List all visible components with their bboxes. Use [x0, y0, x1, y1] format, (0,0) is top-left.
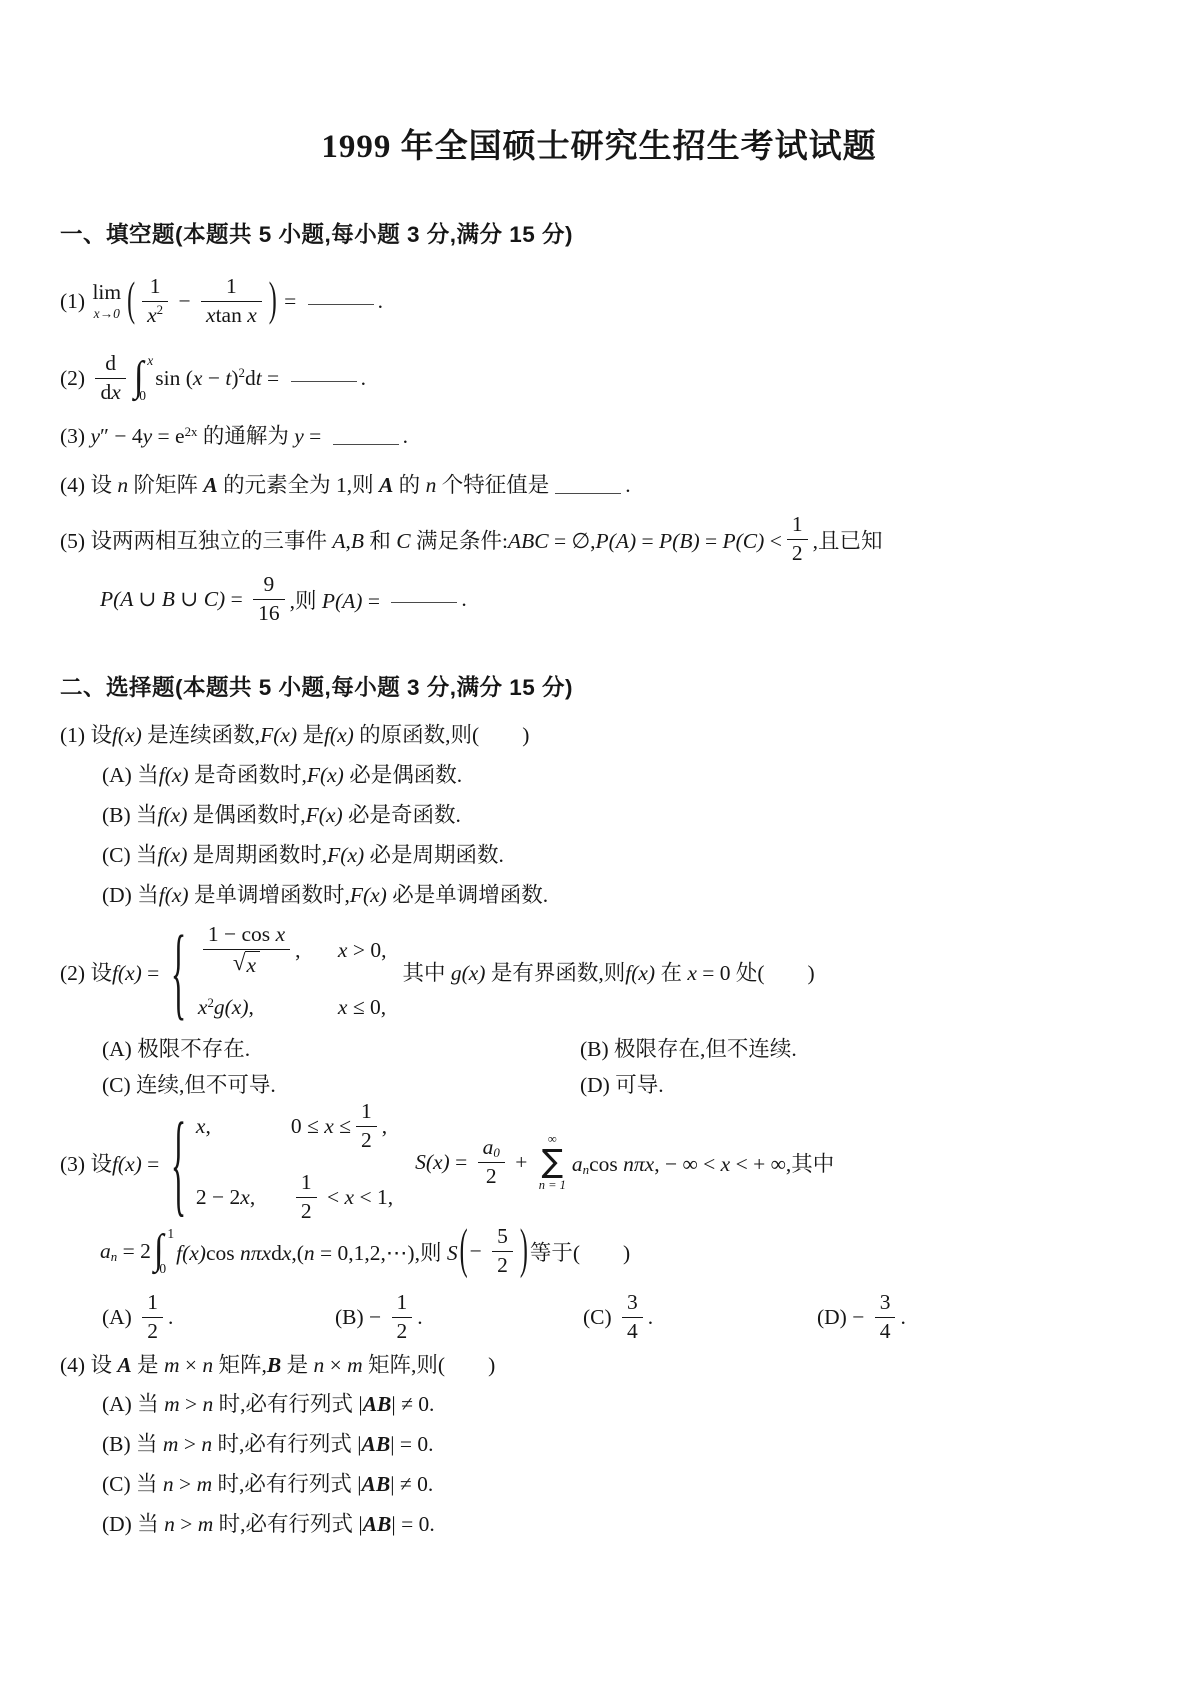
- text-segment: 必是周期函数.: [364, 843, 504, 867]
- case-row: 1 − cos x √x , x > 0,: [198, 922, 387, 979]
- choice-q4-option-d: (D) 当 n > m 时,必有行列式 |AB| = 0.: [102, 1507, 1138, 1541]
- numerator: a0: [478, 1135, 505, 1163]
- choice-question-1-stem: (1) 设f(x) 是连续函数,F(x) 是f(x) 的原函数,则( ): [60, 718, 1138, 752]
- text-segment: | = 0.: [390, 1432, 433, 1456]
- choice-q3-option-a: (A) 12 .: [102, 1290, 335, 1345]
- text-segment: x: [206, 303, 216, 327]
- text-segment: 和: [364, 529, 396, 553]
- text-segment: 是有界函数,则: [485, 961, 625, 985]
- equals-sign: =: [279, 289, 302, 314]
- text-segment: x: [193, 366, 203, 390]
- choice-q1-option-d: (D) 当f(x) 是单调增函数时,F(x) 必是单调增函数.: [102, 878, 1138, 912]
- text-segment: 是: [281, 1353, 313, 1377]
- text-segment: (5) 设两两相互独立的三事件: [60, 529, 332, 553]
- text-segment: | ≠ 0.: [391, 1392, 434, 1416]
- text-segment: (4) 设: [60, 1353, 117, 1377]
- text-segment: =: [362, 589, 385, 613]
- text-segment: 的: [393, 473, 425, 497]
- fraction: 5 2: [492, 1224, 513, 1279]
- text-segment: m: [347, 1353, 363, 1377]
- choice-question-2-stem: (2) 设f(x) = { 1 − cos x √x , x > 0, x2g(…: [60, 918, 1138, 1024]
- text-segment: ≤: [334, 1114, 351, 1138]
- text-segment: 2: [238, 366, 244, 380]
- period: .: [900, 1305, 905, 1330]
- text-segment: (3): [60, 424, 90, 448]
- period: .: [403, 424, 408, 448]
- choice-q2-option-d: (D) 可导.: [580, 1068, 664, 1102]
- text-segment: (4) 设: [60, 473, 117, 497]
- case-condition: x > 0,: [338, 938, 387, 963]
- denominator: √x: [203, 950, 290, 979]
- text-segment: (A) 当: [102, 763, 159, 787]
- question-text: 其中 g(x) 是有界函数,则f(x) 在 x = 0 处( ): [402, 956, 814, 987]
- text-segment: 时,必有行列式 |: [212, 1472, 361, 1496]
- text-segment: f(x): [159, 763, 189, 787]
- cases-brace: {: [171, 1094, 186, 1230]
- option-text: (B) 当 m > n 时,必有行列式 |AB| = 0.: [102, 1432, 434, 1456]
- text-segment: nπx: [240, 1241, 271, 1265]
- text-segment: 时,必有行列式 |: [213, 1512, 362, 1536]
- text-segment: | = 0.: [391, 1512, 434, 1536]
- text-segment: f(x): [112, 961, 142, 985]
- text-segment: tan: [216, 303, 248, 327]
- text-segment: −: [202, 366, 225, 390]
- text-segment: 的通解为: [197, 424, 294, 448]
- series-lhs: S(x) =: [415, 1150, 473, 1175]
- integral-limits: 1 0: [164, 1227, 174, 1275]
- answer-blank: [291, 378, 357, 382]
- fraction: 1 xtan x: [201, 274, 262, 329]
- answer-blank: [308, 301, 374, 305]
- fraction: 1 2: [356, 1099, 377, 1154]
- case-expression: x,: [196, 1114, 291, 1139]
- integral-limits: x 0: [144, 354, 153, 402]
- text-segment: f(x): [176, 1241, 206, 1265]
- plus-operator: +: [510, 1150, 533, 1175]
- big-left-paren: (: [460, 1220, 468, 1282]
- text-segment: P(A ∪ B ∪ C): [100, 587, 225, 611]
- exam-title: 1999 年全国硕士研究生招生考试试题: [60, 120, 1138, 167]
- numerator: 3: [622, 1290, 643, 1318]
- denominator: 2: [392, 1318, 413, 1345]
- text-segment: ,则: [290, 589, 322, 613]
- text-segment: n: [111, 1250, 117, 1264]
- text-segment: (B) 极限存在,但不连续.: [580, 1037, 797, 1061]
- choice-q1-option-b: (B) 当f(x) 是偶函数时,F(x) 必是奇函数.: [102, 798, 1138, 832]
- text-segment: (3) 设: [60, 1152, 112, 1176]
- text-segment: , − ∞ <: [654, 1152, 720, 1176]
- question-text: (4) 设 n 阶矩阵 A 的元素全为 1,则 A 的 n 个特征值是: [60, 473, 549, 497]
- text-segment: 2: [207, 996, 213, 1010]
- derivative-fraction: d dx: [95, 351, 125, 406]
- text-segment: F(x): [306, 803, 343, 827]
- lim-subscript: x→0: [94, 307, 120, 321]
- case-expression: x2g(x),: [198, 995, 338, 1020]
- text-segment: 时,必有行列式 |: [213, 1392, 362, 1416]
- question-text: (1) 设f(x) 是连续函数,F(x) 是f(x) 的原函数,则( ): [60, 723, 529, 747]
- denominator: 16: [253, 600, 285, 627]
- fillin-question-2: (2) d dx ∫ x 0 sin (x − t)2dt = .: [60, 345, 1138, 411]
- text-segment: m: [197, 1472, 213, 1496]
- fraction: 1 2: [787, 512, 808, 567]
- text-segment: n: [164, 1512, 175, 1536]
- question-label: (1): [60, 289, 90, 314]
- fraction: 1 − cos x √x: [203, 922, 290, 979]
- case-row: x, 0 ≤ x ≤ 1 2 ,: [196, 1099, 393, 1154]
- numerator: 1: [142, 274, 168, 302]
- text-segment: (1) 设: [60, 723, 112, 747]
- text-segment: C: [396, 529, 410, 553]
- piecewise-cases: 1 − cos x √x , x > 0, x2g(x), x ≤ 0,: [198, 922, 387, 1020]
- text-segment: n: [201, 1432, 212, 1456]
- choice-q2-option-b: (B) 极限存在,但不连续.: [580, 1032, 797, 1066]
- choice-q3-option-b: (B) − 12 .: [335, 1290, 583, 1345]
- text-segment: F(x): [260, 723, 297, 747]
- section-2-heading: 二、选择题(本题共 5 小题,每小题 3 分,满分 15 分): [60, 670, 1138, 702]
- case-row: 2 − 2x, 1 2 < x < 1,: [196, 1170, 393, 1225]
- text-segment: m: [163, 1432, 179, 1456]
- option-text: (D) 可导.: [580, 1073, 664, 1097]
- option-text: (C) 当f(x) 是周期函数时,F(x) 必是周期函数.: [102, 843, 504, 867]
- option-text: (C) 当 n > m 时,必有行列式 |AB| ≠ 0.: [102, 1472, 433, 1496]
- question-text: 等于( ): [530, 1236, 630, 1267]
- exam-page: 1999 年全国硕士研究生招生考试试题 一、填空题(本题共 5 小题,每小题 3…: [0, 0, 1190, 1683]
- text-segment: f(x): [158, 803, 188, 827]
- text-segment: n: [202, 1353, 213, 1377]
- text-segment: AB: [362, 1472, 391, 1496]
- question-text: (3) y″ − 4y = e2x 的通解为 y =: [60, 424, 327, 448]
- case-expression: 2 − 2x,: [196, 1185, 291, 1210]
- text-segment: S: [447, 1241, 458, 1265]
- text-segment: = e: [152, 424, 184, 448]
- text-segment: =: [142, 1152, 165, 1176]
- period: .: [625, 473, 630, 497]
- period: .: [648, 1305, 653, 1330]
- text-segment: < + ∞,其中: [730, 1152, 834, 1176]
- fraction: 12: [392, 1290, 413, 1345]
- text-segment: =: [700, 529, 723, 553]
- fillin-question-3: (3) y″ − 4y = e2x 的通解为 y = .: [60, 419, 1138, 456]
- text-segment: x: [324, 1114, 334, 1138]
- series-terms: ancos nπx, − ∞ < x < + ∞,其中: [572, 1147, 834, 1178]
- text-segment: AB: [363, 1512, 392, 1536]
- text-segment: AB: [363, 1392, 392, 1416]
- case-row: x2g(x), x ≤ 0,: [198, 995, 387, 1020]
- text-segment: d: [100, 380, 111, 404]
- text-segment: S(x): [415, 1150, 450, 1174]
- text-segment: 2x: [185, 425, 198, 439]
- text-segment: ,且已知: [813, 529, 883, 553]
- text-segment: 是偶函数时,: [187, 803, 305, 827]
- text-segment: < 1,: [354, 1185, 393, 1209]
- choice-question-4-stem: (4) 设 A 是 m × n 矩阵,B 是 n × m 矩阵,则( ): [60, 1348, 1138, 1382]
- numerator: 3: [875, 1290, 896, 1318]
- text-segment: 其中: [402, 961, 450, 985]
- text-segment: g(x): [214, 995, 249, 1019]
- text-segment: (C) 当: [102, 1472, 163, 1496]
- text-segment: >: [180, 1392, 203, 1416]
- option-text: (C) 连续,但不可导.: [102, 1073, 276, 1097]
- minus-operator: −: [173, 289, 196, 314]
- case-condition: x ≤ 0,: [338, 995, 386, 1020]
- text-segment: d: [245, 366, 256, 390]
- text-segment: f(x): [324, 723, 354, 747]
- text-segment: B: [267, 1353, 281, 1377]
- answer-blank: [333, 441, 399, 445]
- text-segment: ≤ 0,: [347, 995, 386, 1019]
- integral-sign: ∫: [154, 1232, 164, 1270]
- question-text: (5) 设两两相互独立的三事件 A,B 和 C 满足条件:ABC = ∅,P(A…: [60, 524, 782, 555]
- text-segment: n: [203, 1392, 214, 1416]
- choice-q3-coefficient-line: an = 2 ∫ 1 0 f(x)cos nπxdx,(n = 0,1,2,⋯)…: [100, 1220, 1138, 1282]
- expression-text: x,: [196, 1114, 211, 1139]
- text-segment: x: [198, 995, 208, 1019]
- denominator: 4: [622, 1318, 643, 1345]
- fillin-question-4: (4) 设 n 阶矩阵 A 的元素全为 1,则 A 的 n 个特征值是.: [60, 468, 1138, 502]
- text-segment: =: [225, 587, 248, 611]
- text-segment: AB: [362, 1432, 391, 1456]
- text-segment: f(x): [112, 1152, 142, 1176]
- denominator: dx: [95, 379, 125, 406]
- text-segment: F(x): [327, 843, 364, 867]
- choice-q4-option-a: (A) 当 m > n 时,必有行列式 |AB| ≠ 0.: [102, 1387, 1138, 1421]
- text-segment: d: [271, 1241, 282, 1265]
- text-segment: = 0,1,2,⋯),则: [315, 1241, 447, 1265]
- text-segment: n: [163, 1472, 174, 1496]
- text-segment: = 0 处( ): [697, 961, 815, 985]
- text-segment: n: [583, 1163, 589, 1177]
- period: .: [168, 1305, 173, 1330]
- cases-brace: {: [171, 910, 186, 1032]
- text-segment: (2): [60, 366, 90, 390]
- text-segment: 必是单调增函数.: [387, 883, 548, 907]
- text-segment: 满足条件:: [411, 529, 508, 553]
- choice-q2-option-row-1: (A) 极限不存在. (B) 极限存在,但不连续.: [102, 1032, 1138, 1066]
- fraction: 1 2: [296, 1170, 317, 1225]
- option-label: (D) −: [817, 1305, 870, 1330]
- radicand: x: [245, 951, 261, 979]
- text-segment: n: [304, 1241, 315, 1265]
- text-segment: f(x): [159, 883, 189, 907]
- text-segment: x: [345, 1185, 355, 1209]
- text-segment: x: [111, 380, 121, 404]
- text-segment: y: [294, 424, 304, 448]
- choice-q4-option-b: (B) 当 m > n 时,必有行列式 |AB| = 0.: [102, 1427, 1138, 1461]
- summation: ∞ ∑ n = 1: [539, 1133, 566, 1192]
- text-segment: g(x): [451, 961, 486, 985]
- text-segment: 矩阵,: [213, 1353, 267, 1377]
- text-segment: 的元素全为 1,则: [218, 473, 379, 497]
- comma: ,: [295, 938, 300, 963]
- denominator: 2: [787, 540, 808, 567]
- fillin-question-1: (1) lim x→0 ( 1 x2 − 1 xtan x ) = .: [60, 265, 1138, 337]
- text-segment: (A) 当: [102, 1392, 164, 1416]
- text-segment: (D) 当: [102, 883, 159, 907]
- denominator: 4: [875, 1318, 896, 1345]
- integral-sign: ∫: [134, 359, 144, 397]
- numerator: 1: [201, 274, 262, 302]
- text-segment: A: [203, 473, 217, 497]
- text-segment: (A) 极限不存在.: [102, 1037, 250, 1061]
- limit-operator: lim x→0: [92, 282, 121, 320]
- text-segment: n: [426, 473, 437, 497]
- option-label: (C): [583, 1305, 617, 1330]
- text-segment: cos: [589, 1152, 623, 1176]
- text-segment: 是单调增函数时,: [189, 883, 350, 907]
- text-segment: nπx: [623, 1152, 654, 1176]
- text-segment: =: [450, 1150, 473, 1174]
- text-segment: sin (: [155, 366, 193, 390]
- option-text: (B) 当f(x) 是偶函数时,F(x) 必是奇函数.: [102, 803, 461, 827]
- text-segment: =: [304, 424, 327, 448]
- text-segment: x: [338, 995, 348, 1019]
- case-condition: 0 ≤ x ≤: [291, 1114, 351, 1139]
- fourier-series-expression: S(x) = a0 2 + ∞ ∑ n = 1 ancos nπx, − ∞ <…: [415, 1133, 834, 1192]
- text-segment: 1 − cos: [208, 922, 276, 946]
- fraction: 9 16: [253, 572, 285, 627]
- denominator: 2: [492, 1252, 513, 1279]
- integral: ∫ x 0: [133, 354, 154, 402]
- question-text: ,且已知: [813, 524, 883, 555]
- text-segment: = 2: [117, 1239, 151, 1263]
- numerator: 1: [392, 1290, 413, 1318]
- coefficient-lhs: an = 2: [100, 1239, 151, 1264]
- choice-q3-options: (A) 12 . (B) − 12 . (C) 34 . (D) − 34 .: [102, 1288, 1138, 1346]
- choice-q3-option-c: (C) 34 .: [583, 1290, 817, 1345]
- option-text: (A) 极限不存在.: [102, 1037, 250, 1061]
- option-label: (B) −: [335, 1305, 387, 1330]
- fillin-question-5-line-2: P(A ∪ B ∪ C) = 9 16 ,则 P(A) = .: [100, 568, 1138, 630]
- text-segment: 必是奇函数.: [343, 803, 461, 827]
- sum-lower-limit: n = 1: [539, 1179, 566, 1192]
- text-segment: 阶矩阵: [128, 473, 203, 497]
- case-condition: < x < 1,: [322, 1185, 393, 1210]
- text-segment: >: [174, 1472, 197, 1496]
- text-segment: 必是偶函数.: [344, 763, 462, 787]
- text-segment: A: [379, 473, 393, 497]
- text-segment: > 0,: [347, 938, 386, 962]
- fraction: 34: [622, 1290, 643, 1345]
- choice-q3-option-d: (D) − 34 .: [817, 1290, 906, 1345]
- expression-text: x2g(x),: [198, 995, 254, 1020]
- question-text: ,则 P(A) =: [290, 584, 386, 615]
- fraction: a0 2: [478, 1135, 505, 1190]
- upper-limit: x: [147, 354, 153, 368]
- option-text: (D) 当 n > m 时,必有行列式 |AB| = 0.: [102, 1512, 435, 1536]
- text-segment: | ≠ 0.: [390, 1472, 433, 1496]
- text-segment: 个特征值是: [436, 473, 549, 497]
- numerator: 1: [142, 1290, 163, 1318]
- comma: ,: [382, 1114, 387, 1139]
- text-segment: >: [178, 1432, 201, 1456]
- integral: ∫ 1 0: [153, 1227, 174, 1275]
- section-1-heading: 一、填空题(本题共 5 小题,每小题 3 分,满分 15 分): [60, 217, 1138, 249]
- big-left-paren: (: [127, 274, 135, 328]
- fillin-question-5-line-1: (5) 设两两相互独立的三事件 A,B 和 C 满足条件:ABC = ∅,P(A…: [60, 510, 1138, 568]
- text-segment: = ∅,: [549, 529, 596, 553]
- denominator: 2: [356, 1127, 377, 1154]
- question-text: (3) 设f(x) =: [60, 1147, 165, 1178]
- big-right-paren: ): [269, 274, 277, 328]
- text-segment: x: [687, 961, 697, 985]
- sqrt-radical: √x: [233, 951, 260, 979]
- text-segment: ×: [324, 1353, 347, 1377]
- text-segment: (C) 当: [102, 843, 158, 867]
- text-segment: m: [164, 1392, 180, 1416]
- option-text: (B) 极限存在,但不连续.: [580, 1037, 797, 1061]
- period: .: [417, 1305, 422, 1330]
- text-segment: 等于( ): [530, 1241, 630, 1265]
- case-expression: 1 − cos x √x ,: [198, 922, 338, 979]
- numerator: 5: [492, 1224, 513, 1252]
- text-segment: 是奇函数时,: [189, 763, 307, 787]
- question-text: (2) 设f(x) =: [60, 956, 165, 987]
- text-segment: (1): [60, 289, 90, 313]
- numerator: 1: [296, 1170, 317, 1198]
- text-segment: x: [247, 303, 257, 327]
- text-segment: <: [322, 1185, 345, 1209]
- text-segment: (D) 可导.: [580, 1073, 664, 1097]
- denominator: x2: [142, 302, 168, 329]
- choice-q1-option-c: (C) 当f(x) 是周期函数时,F(x) 必是周期函数.: [102, 838, 1138, 872]
- text-segment: =: [262, 366, 285, 390]
- text-segment: x: [147, 303, 157, 327]
- text-segment: ×: [179, 1353, 202, 1377]
- text-segment: F(x): [350, 883, 387, 907]
- text-segment: ,: [249, 995, 254, 1019]
- choice-q4-option-c: (C) 当 n > m 时,必有行列式 |AB| ≠ 0.: [102, 1467, 1138, 1501]
- sigma-sign: ∑: [542, 1145, 564, 1177]
- text-segment: 2 − 2: [196, 1185, 240, 1209]
- option-text: (D) 当f(x) 是单调增函数时,F(x) 必是单调增函数.: [102, 883, 548, 907]
- text-segment: f(x): [112, 723, 142, 747]
- answer-blank: [555, 490, 621, 494]
- text-segment: x: [282, 1241, 292, 1265]
- text-segment: =: [636, 529, 659, 553]
- text-segment: ,: [250, 1185, 255, 1209]
- text-segment: P(A): [596, 529, 637, 553]
- denominator: 2: [142, 1318, 163, 1345]
- text-segment: x: [721, 1152, 731, 1176]
- text-segment: ″ − 4: [100, 424, 143, 448]
- option-text: (A) 当f(x) 是奇函数时,F(x) 必是偶函数.: [102, 763, 462, 787]
- text-segment: x: [240, 1185, 250, 1209]
- text-segment: B: [351, 529, 364, 553]
- text-segment: 时,必有行列式 |: [212, 1432, 361, 1456]
- fraction: 1 x2: [142, 274, 168, 329]
- text-segment: 是: [297, 723, 324, 747]
- fraction: 34: [875, 1290, 896, 1345]
- big-right-paren: ): [520, 1220, 528, 1282]
- fraction: 12: [142, 1290, 163, 1345]
- numerator: d: [95, 351, 125, 379]
- numerator: 1: [787, 512, 808, 540]
- text-segment: y: [143, 424, 153, 448]
- minus-operator: −: [470, 1239, 488, 1264]
- text-segment: cos: [206, 1241, 240, 1265]
- text-segment: a: [483, 1135, 494, 1159]
- text-segment: f(x): [158, 843, 188, 867]
- text-segment: m: [198, 1512, 214, 1536]
- text-segment: 矩阵,则( ): [363, 1353, 496, 1377]
- numerator: 1 − cos x: [203, 922, 290, 950]
- option-text: (A) 当 m > n 时,必有行列式 |AB| ≠ 0.: [102, 1392, 434, 1416]
- choice-q2-option-row-2: (C) 连续,但不可导. (D) 可导.: [102, 1068, 1138, 1102]
- probability-expression: P(A ∪ B ∪ C) =: [100, 587, 248, 612]
- text-segment: 0: [493, 1146, 499, 1160]
- text-segment: (2) 设: [60, 961, 112, 985]
- text-segment: 0 ≤: [291, 1114, 324, 1138]
